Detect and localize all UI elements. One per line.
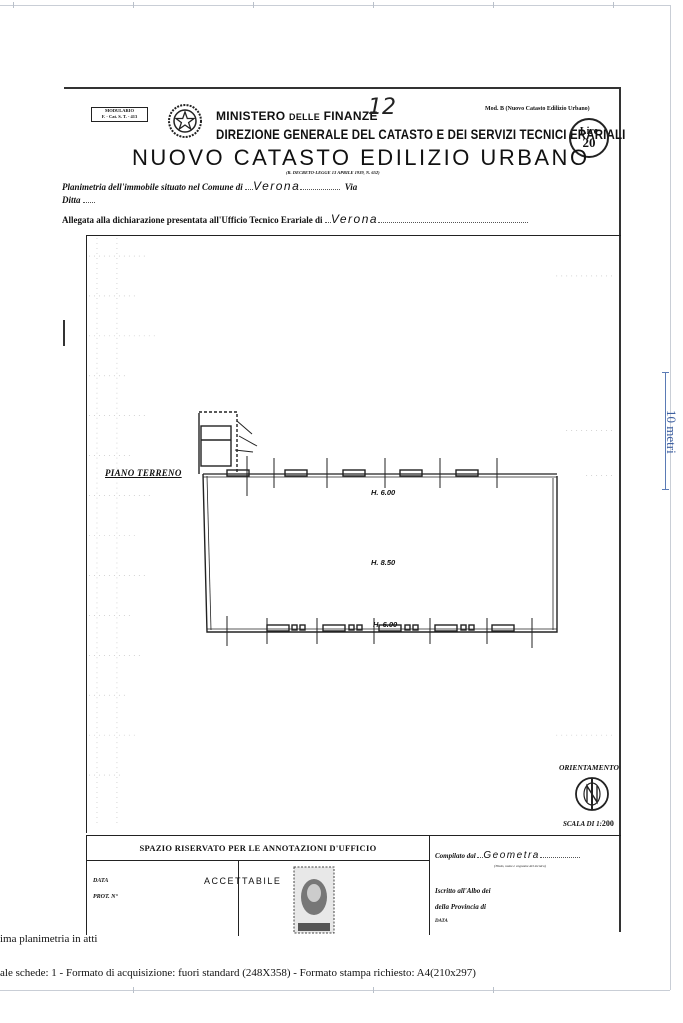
compiled-by-line: Compilato dal Geometra <box>435 850 580 861</box>
frame-tick <box>493 987 494 993</box>
height-label: H. 6.00 <box>373 620 397 629</box>
allegata-label: Allegata alla dichiarazione presentata a… <box>62 215 323 225</box>
frame-tick <box>493 2 494 8</box>
height-label: H. 8.50 <box>371 558 395 567</box>
page-frame-right <box>670 5 671 990</box>
scale-prefix: SCALA DI 1: <box>563 820 602 828</box>
frame-tick <box>373 2 374 8</box>
office-annotation-title: SPAZIO RISERVATO PER LE ANNOTAZIONI D'UF… <box>87 836 429 861</box>
ditta-label: Ditta <box>62 195 81 205</box>
allegata-line: Allegata alla dichiarazione presentata a… <box>62 212 528 226</box>
compiled-by-label: Compilato dal <box>435 852 476 860</box>
directorate-name: DIREZIONE GENERALE DEL CATASTO E DEI SER… <box>216 126 626 142</box>
frame-tick <box>133 987 134 993</box>
decree-reference: (R. DECRETO-LEGGE 13 APRILE 1939, N. 652… <box>286 170 380 175</box>
scale-label: SCALA DI 1:200 <box>563 819 614 828</box>
height-label: H. 6.00 <box>371 488 395 497</box>
north-arrow-icon <box>574 776 610 812</box>
floor-plan-area: PIANO TERRENO <box>86 235 621 833</box>
scale-ruler-cap <box>662 489 669 490</box>
frame-tick <box>133 2 134 8</box>
office-prot-label: PROT. N° <box>93 894 118 900</box>
republic-emblem-icon <box>167 103 203 139</box>
handwritten-sheet-number: 12 <box>368 95 396 120</box>
office-annotation-box: SPAZIO RISERVATO PER LE ANNOTAZIONI D'UF… <box>86 835 430 935</box>
page-frame-bottom <box>0 990 670 991</box>
ministry-small: DELLE <box>289 112 320 122</box>
via-label: Via <box>345 182 358 192</box>
ministry-prefix: MINISTERO <box>216 109 285 123</box>
compiler-date-label: DATA <box>435 919 448 924</box>
comune-value: Verona <box>253 179 300 193</box>
modulario-code: F. - Cat. S. T. - 413 <box>92 114 147 120</box>
model-reference: Mod. B (Nuovo Catasto Edilizio Urbano) <box>485 106 590 112</box>
office-annotation-fields: DATA PROT. N° <box>87 861 239 936</box>
ufficio-value: Verona <box>331 212 378 226</box>
form-title: NUOVO CATASTO EDILIZIO URBANO <box>132 145 590 171</box>
orientation-label: ORIENTAMENTO <box>559 763 619 772</box>
modulario-box: MODULARIO F. - Cat. S. T. - 413 <box>91 107 148 122</box>
compiled-by-value: Geometra <box>483 850 539 861</box>
revenue-stamp-icon <box>290 861 338 936</box>
compiler-box: Compilato dal Geometra (Titolo, nome e c… <box>430 835 621 935</box>
office-data-label: DATA <box>93 878 108 884</box>
scale-value: 200 <box>602 819 614 828</box>
caption-format-details: ale schede: 1 - Formato di acquisizione:… <box>0 967 476 979</box>
caption-planimetria: ima planimetria in atti <box>0 933 97 945</box>
albo-line: Iscritto all'Albo dei <box>435 887 491 895</box>
frame-tick <box>373 987 374 993</box>
frame-tick <box>613 2 614 8</box>
ministry-name: MINISTERO DELLE FINANZE <box>216 109 378 123</box>
scale-ruler-label: 10 metri <box>663 410 679 454</box>
planimetria-line: Planimetria dell'immobile situato nel Co… <box>62 179 357 193</box>
floor-plan-drawing <box>87 236 622 834</box>
frame-tick <box>253 2 254 8</box>
scale-ruler-cap <box>662 372 669 373</box>
frame-tick <box>13 2 14 8</box>
province-line: della Provincia di <box>435 903 486 911</box>
accepted-stamp-text: ACCETTABILE <box>204 876 281 886</box>
cadastral-form: MODULARIO F. - Cat. S. T. - 413 MINISTER… <box>64 87 621 932</box>
page-frame-top <box>0 5 670 6</box>
compiled-by-hint: (Titolo, nome e cognome del tecnico) <box>494 864 546 868</box>
planimetria-label: Planimetria dell'immobile situato nel Co… <box>62 182 243 192</box>
ditta-line: Ditta <box>62 195 95 205</box>
